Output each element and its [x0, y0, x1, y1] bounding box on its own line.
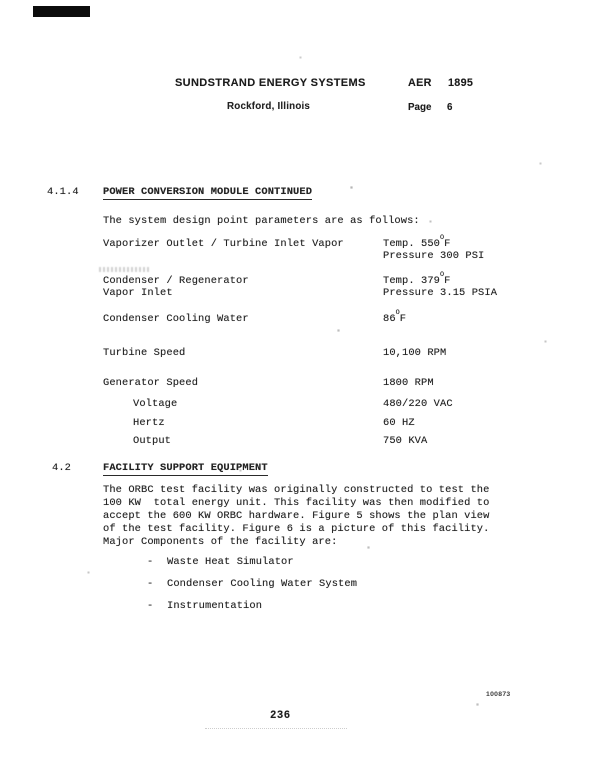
paragraph-line: of the test facility. Figure 6 is a pict…	[103, 523, 489, 536]
components-intro: Major Components of the facility are:	[103, 536, 337, 548]
parameter-label-line: Generator Speed	[103, 377, 383, 389]
parameter-value-line: Temp. 550OF	[383, 238, 484, 250]
section-title: POWER CONVERSION MODULE CONTINUED	[103, 186, 312, 200]
section-number: 4.1.4	[47, 186, 103, 200]
parameter-label-line: Vaporizer Outlet / Turbine Inlet Vapor	[103, 238, 383, 250]
parameter-label-line: Condenser Cooling Water	[103, 313, 383, 325]
page-number-row: Page6	[408, 102, 473, 113]
parameter-row: Condenser / RegeneratorVapor InletTemp. …	[103, 275, 543, 299]
parameter-value: 480/220 VAC	[383, 398, 453, 410]
parameter-value-line: 1800 RPM	[383, 377, 434, 389]
section-heading-414: 4.1.4 POWER CONVERSION MODULE CONTINUED	[47, 186, 312, 200]
document-reference: AER1895 Page6	[408, 77, 473, 113]
doc-label: AER	[408, 77, 448, 89]
parameter-label: Vaporizer Outlet / Turbine Inlet Vapor	[103, 238, 383, 262]
component-item: -Condenser Cooling Water System	[147, 578, 357, 590]
document-number-row: AER1895	[408, 77, 473, 89]
component-label: Condenser Cooling Water System	[167, 578, 357, 590]
parameter-value-line: 480/220 VAC	[383, 398, 453, 410]
parameter-label-line: Condenser / Regenerator	[103, 275, 383, 287]
parameter-row: Generator Speed1800 RPM	[103, 377, 543, 389]
parameter-label: Hertz	[103, 417, 383, 429]
parameter-value: Temp. 379OFPressure 3.15 PSIA	[383, 275, 497, 299]
section-title: FACILITY SUPPORT EQUIPMENT	[103, 462, 268, 476]
parameter-row: Turbine Speed10,100 RPM	[103, 347, 543, 359]
parameter-table: Vaporizer Outlet / Turbine Inlet VaporTe…	[103, 238, 543, 447]
parameter-label: Turbine Speed	[103, 347, 383, 359]
parameter-value-line: Pressure 300 PSI	[383, 250, 484, 262]
bullet-dash: -	[147, 578, 167, 590]
parameter-row: Output750 KVA	[103, 435, 543, 447]
degree-superscript: O	[396, 309, 400, 317]
degree-superscript: O	[440, 234, 444, 242]
parameter-value-line: Temp. 379OF	[383, 275, 497, 287]
parameter-value: 750 KVA	[383, 435, 427, 447]
parameter-label: Generator Speed	[103, 377, 383, 389]
parameter-value: Temp. 550OFPressure 300 PSI	[383, 238, 484, 262]
speck-artifacts	[0, 0, 1, 1]
parameter-value-line: Pressure 3.15 PSIA	[383, 287, 497, 299]
parameter-row: Vaporizer Outlet / Turbine Inlet VaporTe…	[103, 238, 543, 262]
parameter-label: Voltage	[103, 398, 383, 410]
bullet-dash: -	[147, 600, 167, 612]
scan-mark-artifact	[33, 6, 90, 17]
footer-page-number: 236	[270, 710, 291, 722]
parameter-value-line: 60 HZ	[383, 417, 415, 429]
parameter-label-line: Hertz	[133, 417, 383, 429]
parameter-label-line: Output	[133, 435, 383, 447]
parameter-row: Voltage480/220 VAC	[103, 398, 543, 410]
parameter-value-line: 750 KVA	[383, 435, 427, 447]
component-label: Waste Heat Simulator	[167, 556, 294, 568]
component-item: -Waste Heat Simulator	[147, 556, 357, 568]
company-name: SUNDSTRAND ENERGY SYSTEMS	[175, 77, 366, 89]
stamp-number: 100873	[486, 691, 510, 698]
parameter-label: Output	[103, 435, 383, 447]
parameter-label-line: Voltage	[133, 398, 383, 410]
facility-paragraph: The ORBC test facility was originally co…	[103, 484, 489, 536]
bullet-dash: -	[147, 556, 167, 568]
parameter-value-line: 10,100 RPM	[383, 347, 446, 359]
component-item: -Instrumentation	[147, 600, 357, 612]
doc-number: 1895	[448, 77, 473, 89]
parameter-row: Condenser Cooling Water86OF	[103, 313, 543, 325]
degree-superscript: O	[440, 271, 444, 279]
page-label: Page	[408, 102, 447, 113]
parameter-value: 1800 RPM	[383, 377, 434, 389]
parameter-label-line: Turbine Speed	[103, 347, 383, 359]
company-location: Rockford, Illinois	[227, 101, 310, 112]
parameter-label-line: Vapor Inlet	[103, 287, 383, 299]
parameter-row: Hertz60 HZ	[103, 417, 543, 429]
parameter-value: 60 HZ	[383, 417, 415, 429]
paragraph-line: 100 KW total energy unit. This facility …	[103, 497, 489, 510]
components-list: -Waste Heat Simulator-Condenser Cooling …	[147, 556, 357, 622]
parameter-value: 86OF	[383, 313, 406, 325]
component-label: Instrumentation	[167, 600, 262, 612]
footer-dots-artifact	[205, 727, 347, 729]
paragraph-line: The ORBC test facility was originally co…	[103, 484, 489, 497]
paragraph-line: accept the 600 KW ORBC hardware. Figure …	[103, 510, 489, 523]
section-heading-42: 4.2 FACILITY SUPPORT EQUIPMENT	[52, 462, 268, 476]
parameter-value-line: 86OF	[383, 313, 406, 325]
parameter-label: Condenser / RegeneratorVapor Inlet	[103, 275, 383, 299]
parameter-value: 10,100 RPM	[383, 347, 446, 359]
section-number: 4.2	[52, 462, 103, 476]
document-page: SUNDSTRAND ENERGY SYSTEMS Rockford, Illi…	[0, 0, 612, 780]
parameter-label: Condenser Cooling Water	[103, 313, 383, 325]
page-number: 6	[447, 102, 452, 113]
parameters-intro: The system design point parameters are a…	[103, 215, 420, 227]
